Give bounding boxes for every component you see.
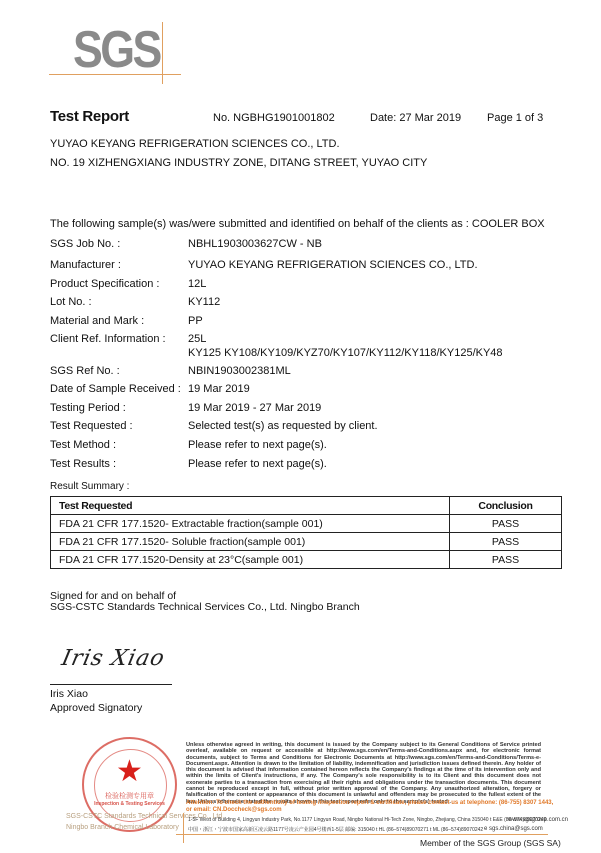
client-address: NO. 19 XIZHENGXIANG INDUSTRY ZONE, DITAN… <box>50 157 427 169</box>
authenticity-email[interactable]: or email: CN.Doccheck@sgs.com <box>186 807 282 813</box>
field-value: 19 Mar 2019 - 27 Mar 2019 <box>188 402 321 414</box>
test-cell: FDA 21 CFR 177.1520- Soluble fraction(sa… <box>51 533 450 551</box>
table-header-row: Test Requested Conclusion <box>51 497 562 515</box>
field-value: 19 Mar 2019 <box>188 383 250 395</box>
field-label: Testing Period : <box>50 402 126 414</box>
stamp-chinese-text: 检验检测专用章 <box>84 791 175 801</box>
lab-name-line2: Ningbo Branch Chemical Laboratory <box>66 824 179 831</box>
conclusion-cell: PASS <box>450 515 562 533</box>
report-number: No. NGBHG1901001802 <box>213 112 335 124</box>
field-value: PP <box>188 315 203 327</box>
field-label: Test Requested : <box>50 420 133 432</box>
sgs-logo: SGS <box>49 22 181 84</box>
field-value: KY112 <box>188 296 220 308</box>
result-summary-label: Result Summary : <box>50 481 129 492</box>
footer-horizontal-rule <box>176 834 548 835</box>
client-company: YUYAO KEYANG REFRIGERATION SCIENCES CO.,… <box>50 138 340 150</box>
field-label: SGS Job No. : <box>50 238 120 250</box>
signature-line <box>50 684 172 685</box>
field-value: 12L <box>188 278 206 290</box>
test-cell: FDA 21 CFR 177.1520- Extractable fractio… <box>51 515 450 533</box>
field-value-continued: KY125 KY108/KY109/KYZ70/KY107/KY112/KY11… <box>188 347 503 359</box>
signatory-name: Iris Xiao <box>50 688 88 700</box>
field-value: YUYAO KEYANG REFRIGERATION SCIENCES CO.,… <box>188 259 478 271</box>
handwritten-signature: Iris Xiao <box>59 646 167 671</box>
legal-disclaimer: Unless otherwise agreed in writing, this… <box>186 742 541 805</box>
field-label: Material and Mark : <box>50 315 144 327</box>
page-indicator: Page 1 of 3 <box>487 112 543 124</box>
field-label: Manufacturer : <box>50 259 121 271</box>
star-icon: ★ <box>84 757 175 787</box>
field-value: Please refer to next page(s). <box>188 458 327 470</box>
report-title: Test Report <box>50 108 129 125</box>
sgs-membership-text: Member of the SGS Group (SGS SA) <box>420 838 561 848</box>
table-row: FDA 21 CFR 177.1520-Density at 23°C(samp… <box>51 551 562 569</box>
email-link[interactable]: e sgs.china@sgs.com <box>484 826 543 832</box>
conclusion-cell: PASS <box>450 551 562 569</box>
table-row: FDA 21 CFR 177.1520- Soluble fraction(sa… <box>51 533 562 551</box>
intro-text: The following sample(s) was/were submitt… <box>50 218 545 230</box>
report-date: Date: 27 Mar 2019 <box>370 112 461 124</box>
result-summary-table: Test Requested Conclusion FDA 21 CFR 177… <box>50 496 562 569</box>
field-value: Please refer to next page(s). <box>188 439 327 451</box>
address-english: 1-5F West of Building 4, Lingyun Industr… <box>188 817 546 823</box>
address-chinese: 中国・浙江・宁波市国家高新区凌云路1177号凌云产业园4号楼西1-5层 邮编: … <box>188 826 483 833</box>
field-label: Test Results : <box>50 458 116 470</box>
field-label: SGS Ref No. : <box>50 365 120 377</box>
test-cell: FDA 21 CFR 177.1520-Density at 23°C(samp… <box>51 551 450 569</box>
website-link[interactable]: www.sgsgroup.com.cn <box>508 817 568 823</box>
field-label: Date of Sample Received : <box>50 383 181 395</box>
field-value: 25L <box>188 333 206 345</box>
table-row: FDA 21 CFR 177.1520- Extractable fractio… <box>51 515 562 533</box>
stamp-english-text: Inspection & Testing Services <box>84 801 175 807</box>
field-value: NBHL1903003627CW - NB <box>188 238 322 250</box>
authenticity-notice: Attention: To check the authenticity of … <box>186 800 553 806</box>
sgs-logo-text: SGS <box>73 22 160 78</box>
column-header-conclusion: Conclusion <box>450 497 562 515</box>
field-label: Product Specification : <box>50 278 159 290</box>
field-value: NBIN1903002381ML <box>188 365 291 377</box>
logo-vertical-rule <box>162 22 163 84</box>
field-label: Test Method : <box>50 439 116 451</box>
signing-organization: SGS-CSTC Standards Technical Services Co… <box>50 601 360 613</box>
field-label: Lot No. : <box>50 296 92 308</box>
field-value: Selected test(s) as requested by client. <box>188 420 378 432</box>
footer-vertical-rule <box>183 813 184 843</box>
signatory-role: Approved Signatory <box>50 702 142 714</box>
column-header-test: Test Requested <box>51 497 450 515</box>
field-label: Client Ref. Information : <box>50 333 166 345</box>
conclusion-cell: PASS <box>450 533 562 551</box>
